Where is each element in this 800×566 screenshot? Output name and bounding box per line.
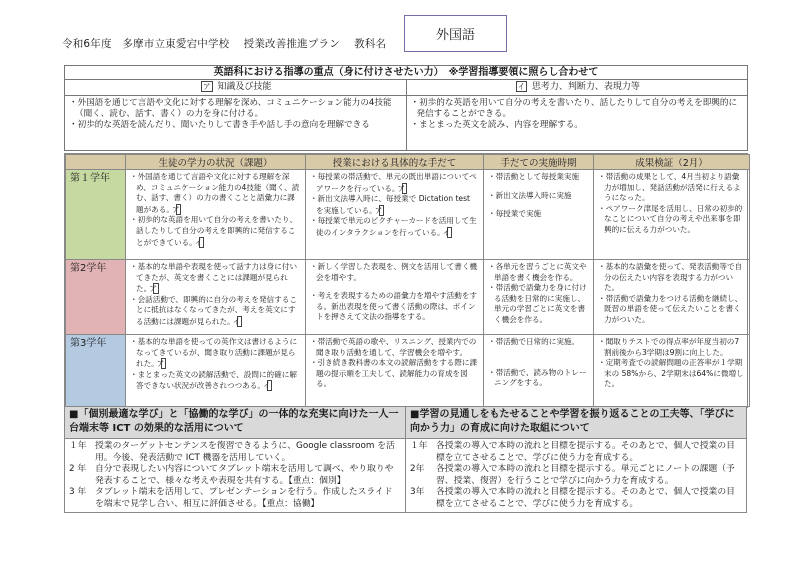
timing-cell: ・各単元を習うごとに英文や単語を書く機会を作る。 ・帯活動で語彙力を身に付ける活… [484,260,594,335]
ict-box-title: ■「個別最適な学び」と「協働的な学び」の一体的な充実に向けた一人一台端末等 IC… [65,407,405,439]
timing-text: ・帯活動として毎授業実施 [488,172,589,183]
grade-label: 2 年 [69,464,95,487]
result-text: ・ペアワーク津尾を活用し、日常の初歩的なことについて自分の考えや出来事を即興的に… [598,204,745,236]
mark-a: ア [201,81,213,92]
timing-text: ・毎授業で実施 [488,209,589,220]
status-text: ・初歩的な英語を用いて自分の考えを書いたり、話したりして自分の考えを即興的に発信… [130,215,297,246]
priorities-title: 英語科における指導の重点（身に付けさせたい力） ※学習指導要領に照らし合わせて [65,66,747,80]
status-cell: ・基本的な単語や表現を使って話す力は身に付いてきたが、英文を書くことには課題が見… [126,260,306,335]
result-text: ・基本的な語彙を使って、発表活動等で自分の伝えたい内容を表現する力がついた。 [598,262,745,294]
list-item: 3 年タブレット端末を活用して、プレゼンテーションを行う。作成したスライドを端末… [69,487,401,510]
measures-cell: ・新しく学習した表現を、例文を活用して書く機会を増やす。 ・考えを表現するための… [306,260,484,335]
table-row: 第3学年 ・基本的な単語を使っての英作文は書けるようになってきているが、聞き取り… [66,335,750,407]
priority-item: ・外国語を通じて言語や文化に対する理解を深め、コミュニケーション能力の4技能（聞… [69,98,402,120]
table-header-row: 生徒の学力の状況（課題） 授業における具体的な手だて 手だての実施時期 成果検証… [66,155,750,170]
header-results: 成果検証（2月） [594,155,750,170]
subject-box: 外国語 [404,15,507,52]
item-text: 各授業の導入で本時の流れと目標を提示する。そのあとで、個人で授業の目標を立てさせ… [436,441,742,464]
priority-heading: 知識及び技能 [217,82,271,92]
measure-text: ・帯活動で英語の歌や、リスニング、授業内での聞き取り活動を通して、学習機会を増や… [310,337,479,358]
item-text: タブレット端末を活用して、プレゼンテーションを行う。作成したスライドを端末で見学… [95,487,401,510]
measure-text: ・新しく学習した表現を、例文を活用して書く機会を増やす。 [310,262,479,283]
priority-item: ・初歩的な英語を読んだり、聞いたりして書き手や話し手の意向を理解できる [69,120,402,131]
measures-cell: ・毎授業の帯活動で、単元の既出単語についてペアワークを行っている。ア ・新出文法… [306,170,484,260]
item-text: 授業のターゲットセンテンスを復習できるように、Google classroom … [95,441,401,464]
status-cell: ・基本的な単語を使っての英作文は書けるようになってきているが、聞き取り活動に課題… [126,335,306,407]
status-cell: ・外国語を通じて言語や文化に対する理解を深め、コミュニケーション能力の4技能（聞… [126,170,306,260]
timing-text: ・帯活動で語彙力を身に付ける活動を日常的に実施し、単元の学習ごとに英文を書く機会… [488,283,589,325]
measure-text: ・新出文法導入時に、毎授業で Dictation test を実施している。 [310,194,470,215]
result-text: ・帯活動で語彙力をつける活動を継続し、既習の単語を使って伝えたいことを書く力がつ… [598,294,745,326]
mark-a: ア [379,205,385,216]
mark-i: イ [447,227,453,238]
measures-cell: ・帯活動で英語の歌や、リスニング、授業内での聞き取り活動を通して、学習機会を増や… [306,335,484,407]
ict-usage-box: ■「個別最適な学び」と「協働的な学び」の一体的な充実に向けた一人一台端末等 IC… [64,406,406,513]
list-item: 2年各授業の導入で本時の流れと目標を提示する。単元ごとにノートの課題（予習、授業… [410,464,742,487]
list-item: １年授業のターゲットセンテンスを復習できるように、Google classroo… [69,441,401,464]
grade-label: 第2学年 [66,260,126,335]
table-row: 第2学年 ・基本的な単語や表現を使って話す力は身に付いてきたが、英文を書くことに… [66,260,750,335]
priority-item: ・初歩的な英語を用いて自分の考えを書いたり、話したりして自分の考えを即興的に発信… [411,98,744,120]
measure-text: ・考えを表現するための語彙力を増やす活動をする。新出表現を使って書く活動の際は、… [310,291,479,323]
result-text: ・定期考査での読解問題の正答率が１学期末の 58%から、2学期末は64%に微増し… [598,358,745,390]
grade-label: １年 [410,441,436,464]
result-text: ・聞取りテストでの得点率が年度当初の7割前後から3学期は9割に向上した。 [598,337,745,358]
measure-text: ・毎授業の帯活動で、単元の既出単語についてペアワークを行っている。 [310,172,477,193]
item-text: 各授業の導入で本時の流れと目標を提示する。そのあとで、個人で授業の目標を立てさせ… [436,487,742,510]
item-text: 自分で表現したい内容についてタブレット端末を活用して調べ、やり取りや発表すること… [95,464,401,487]
table-row: 第１学年 ・外国語を通じて言語や文化に対する理解を深め、コミュニケーション能力の… [66,170,750,260]
priority-heading: 思考力、判断力、表現力等 [532,82,640,92]
timing-text: ・帯活動で、読み物のトレーニングをする。 [488,368,589,389]
status-text: ・外国語を通じて言語や文化に対する理解を深め、コミュニケーション能力の4技能（聞… [130,172,299,214]
timing-cell: ・帯活動で日常的に実施。 ・帯活動で、読み物のトレーニングをする。 [484,335,594,407]
header-measures: 授業における具体的な手だて [306,155,484,170]
subject-name: 外国語 [436,24,475,43]
header-status: 生徒の学力の状況（課題） [126,155,306,170]
mark-a: ア [402,183,408,194]
header-timing: 手だての実施時期 [484,155,594,170]
mark-i: イ [199,237,205,248]
results-cell: ・聞取りテストでの得点率が年度当初の7割前後から3学期は9割に向上した。 ・定期… [594,335,750,407]
mark-i: イ [237,316,243,327]
grade-label: 3 年 [69,487,95,510]
grade-label: 第１学年 [66,170,126,260]
timing-text: ・帯活動で日常的に実施。 [488,337,589,348]
learning-attitude-box: ■学習の見通しをもたせることや学習を振り返ることの工夫等、「学びに向かう力」の育… [405,406,747,513]
status-text: ・会話活動で、即興的に自分の考えを発信することに抵抗はなくなってきたが、考えを英… [130,295,297,326]
grade-label: 3年 [410,487,436,510]
document-title: 令和6年度 多摩市立東愛宕中学校 授業改善推進プラン 教科名 [62,36,386,51]
learning-box-title: ■学習の見通しをもたせることや学習を振り返ることの工夫等、「学びに向かう力」の育… [406,407,746,439]
measure-text: ・引き続き教科書の本文の読解活動をする際に課題の提示順を工夫して、読解能力の育成… [310,358,479,390]
status-text: ・基本的な単語を使っての英作文は書けるようになってきているが、聞き取り活動に課題… [130,337,297,368]
results-cell: ・帯活動の成果として、4月当初より語彙力が増加し、発話活動が活発に行えるようにな… [594,170,750,260]
timing-cell: ・帯活動として毎授業実施 ・新出文法導入時に実施 ・毎授業で実施 [484,170,594,260]
priority-item: ・まとまった英文を読み、内容を理解する。 [411,120,744,131]
timing-text: ・各単元を習うごとに英文や単語を書く機会を作る。 [488,262,589,283]
results-cell: ・基本的な語彙を使って、発表活動等で自分の伝えたい内容を表現する力がついた。 ・… [594,260,750,335]
mark-a: ア [161,358,167,369]
teaching-priorities-table: 英語科における指導の重点（身に付けさせたい力） ※学習指導要領に照らし合わせて … [64,65,748,151]
mark-a: ア [176,204,182,215]
list-item: 3年各授業の導入で本時の流れと目標を提示する。そのあとで、個人で授業の目標を立て… [410,487,742,510]
header-grade [66,155,126,170]
list-item: 2 年自分で表現したい内容についてタブレット端末を活用して調べ、やり取りや発表す… [69,464,401,487]
grade-label: 第3学年 [66,335,126,407]
result-text: ・帯活動の成果として、4月当初より語彙力が増加し、発話活動が活発に行えるようにな… [598,172,745,204]
improvement-plan-table: 生徒の学力の状況（課題） 授業における具体的な手だて 手だての実施時期 成果検証… [64,153,748,408]
priority-column-thinking: イ 思考力、判断力、表現力等 ・初歩的な英語を用いて自分の考えを書いたり、話した… [406,80,748,150]
grade-label: １年 [69,441,95,464]
item-text: 各授業の導入で本時の流れと目標を提示する。単元ごとにノートの課題（予習、授業、復… [436,464,742,487]
timing-text: ・新出文法導入時に実施 [488,191,589,202]
mark-a: ア [153,283,159,294]
mark-i: イ [516,81,528,92]
priority-column-knowledge: ア 知識及び技能 ・外国語を通じて言語や文化に対する理解を深め、コミュニケーショ… [65,80,406,150]
mark-i: イ [267,380,273,391]
list-item: １年各授業の導入で本時の流れと目標を提示する。そのあとで、個人で授業の目標を立て… [410,441,742,464]
grade-label: 2年 [410,464,436,487]
